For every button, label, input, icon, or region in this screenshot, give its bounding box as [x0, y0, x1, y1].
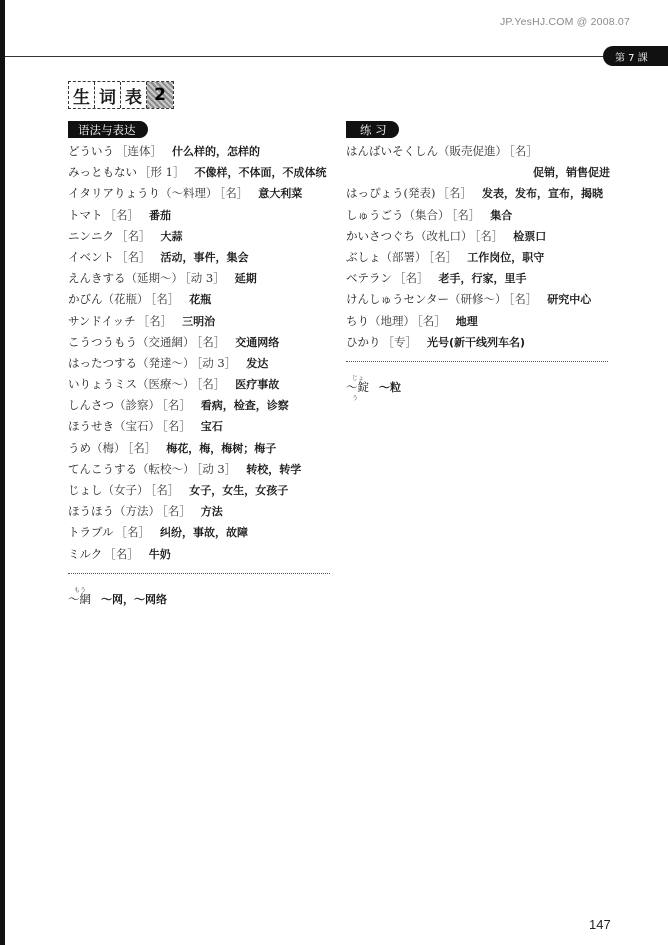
- title-char: 生: [69, 82, 95, 108]
- vocab-kanji: （方法）: [114, 504, 160, 518]
- vocab-entry: ベテラン［名］老手，行家，里手: [346, 268, 616, 289]
- vocab-kanji: （部署）: [381, 250, 427, 264]
- vocab-meaning: 集合: [490, 209, 512, 222]
- vocab-entry: えんきする（延期～）［动 3］延期: [68, 268, 338, 289]
- vocab-entry: てんこうする（転校～）［动 3］转校，转学: [68, 459, 338, 480]
- vocab-reading: しゅうごう: [346, 208, 404, 222]
- vocab-reading: トマト: [68, 208, 103, 222]
- vocab-part-of-speech: ［名］: [394, 271, 429, 285]
- dotted-divider: [346, 361, 608, 363]
- page-number: 147: [589, 917, 611, 932]
- vocab-part-of-speech: ［名］: [437, 186, 472, 200]
- practice-vocab-list: はんばいそくしん（販売促進）［名］促销，销售促进はっぴょう(発表)［名］发表，发…: [346, 141, 616, 398]
- vocab-meaning: 牛奶: [149, 548, 171, 561]
- vocab-meaning: 检票口: [513, 230, 546, 243]
- vocab-meaning: 什么样的，怎样的: [172, 145, 260, 158]
- vocab-meaning: 纠纷，事故，故障: [160, 526, 248, 539]
- vocab-reading: イベント: [68, 250, 114, 264]
- vocab-part-of-speech: ［名］: [116, 525, 151, 539]
- vocab-part-of-speech: ［名］: [104, 547, 139, 561]
- vocab-meaning: 交通网络: [235, 336, 279, 349]
- vocab-part-of-speech: ［动 3］: [185, 271, 225, 285]
- vocab-reading: ちり: [346, 314, 369, 328]
- vocab-part-of-speech: ［动 3］: [197, 356, 237, 370]
- vocab-reading: ぶしょ: [346, 250, 381, 264]
- vocab-reading: イタリアりょうり: [68, 186, 160, 200]
- vocab-entry: はっぴょう(発表)［名］发表，发布，宣布，揭晓: [346, 183, 616, 204]
- vocab-kanji: （改札口）: [415, 229, 473, 243]
- vocab-part-of-speech: ［名］: [105, 208, 140, 222]
- vocab-entry: 促销，销售促进: [346, 162, 616, 183]
- vocab-kanji: （宝石）: [114, 419, 160, 433]
- vocab-reading: ミルク: [68, 547, 102, 561]
- vocab-entry: ニンニク［名］大蒜: [68, 226, 338, 247]
- vocab-meaning: 方法: [201, 505, 223, 518]
- vocab-entry: ミルク［名］牛奶: [68, 544, 338, 565]
- vocab-meaning: 光号(新干线列车名): [427, 336, 525, 349]
- grammar-vocab-list: どういう［连体］什么样的，怎样的みっともない［形 1］不像样，不体面，不成体统イ…: [68, 141, 338, 610]
- vocab-reading: うめ: [68, 441, 91, 455]
- vocab-entry: みっともない［形 1］不像样，不体面，不成体统: [68, 162, 338, 183]
- vocab-part-of-speech: ［名］: [138, 314, 173, 328]
- vocab-entry: けんしゅうセンター（研修～）［名］研究中心: [346, 289, 616, 310]
- vocab-part-of-speech: ［名］: [162, 504, 191, 518]
- vocab-kanji: （花瓶）: [103, 292, 149, 306]
- section-label-grammar: 语法与表达: [68, 121, 148, 138]
- vocab-kanji: （女子）: [103, 483, 149, 497]
- vocab-reading: けんしゅうセンター: [346, 292, 449, 306]
- vocab-meaning: 番茄: [149, 209, 171, 222]
- vocab-reading: じょし: [68, 483, 103, 497]
- vocab-reading: こうつうもう: [68, 335, 137, 349]
- vocab-meaning: 梅花，梅，梅树；梅子: [166, 442, 276, 455]
- vocab-part-of-speech: ［名］: [151, 483, 180, 497]
- vocab-kanji: （転校～）: [137, 462, 195, 476]
- vocab-part-of-speech: ［专］: [383, 335, 418, 349]
- vocab-meaning: 看病，检查，诊察: [201, 399, 289, 412]
- vocab-reading: ほうほう: [68, 504, 114, 518]
- vocab-part-of-speech: ［形 1］: [139, 165, 184, 179]
- vocab-entry: しゅうごう（集合）［名］集合: [346, 205, 616, 226]
- vocab-reading: ニンニク: [68, 229, 114, 243]
- vocab-meaning: 活动，事件，集会: [161, 251, 249, 264]
- vocab-meaning: 转校，转学: [246, 463, 301, 476]
- vocab-part-of-speech: ［名］: [151, 292, 180, 306]
- vocab-entry: トマト［名］番茄: [68, 205, 338, 226]
- dotted-divider: [68, 573, 330, 575]
- vocab-reading: はっぴょう: [346, 186, 404, 200]
- vocab-meaning: 大蒜: [161, 230, 183, 243]
- vocab-meaning: 医疗事故: [235, 378, 279, 391]
- vocab-part-of-speech: ［名］: [475, 229, 504, 243]
- vocab-kanji: （研修～）: [449, 292, 507, 306]
- vocab-reading: どういう: [68, 144, 114, 158]
- vocab-entry: こうつうもう（交通網）［名］交通网络: [68, 332, 338, 353]
- vocab-reading: トラブル: [68, 525, 114, 539]
- vocab-kanji: （交通網）: [137, 335, 195, 349]
- vocab-kanji: （医療～）: [137, 377, 195, 391]
- vocab-entry: トラブル［名］纠纷，事故，故障: [68, 522, 338, 543]
- vocab-kanji: （販売促進）: [438, 144, 507, 158]
- vocab-meaning: 花瓶: [189, 293, 211, 306]
- vocab-part-of-speech: ［名］: [452, 208, 481, 222]
- vocab-meaning: 延期: [235, 272, 257, 285]
- vocab-reading: ひかり: [346, 335, 381, 349]
- vocab-reading: てんこうする: [68, 462, 137, 476]
- vocab-reading: えんきする: [68, 271, 126, 285]
- suffix-meaning: ～网，～网络: [101, 593, 167, 606]
- vocab-kanji: （～料理）: [160, 186, 218, 200]
- vocab-part-of-speech: ［名］: [162, 398, 191, 412]
- vocab-part-of-speech: ［动 3］: [197, 462, 237, 476]
- vocab-part-of-speech: ［名］: [128, 441, 157, 455]
- vocab-meaning: 不像样，不体面，不成体统: [194, 166, 326, 179]
- title-number: 2: [147, 82, 173, 108]
- vocab-meaning: 促销，销售促进: [533, 166, 610, 179]
- vocab-reading: かびん: [68, 292, 103, 306]
- vocab-reading: ベテラン: [346, 271, 392, 285]
- vocab-reading: いりょうミス: [68, 377, 137, 391]
- suffix-meaning: ～粒: [379, 381, 401, 394]
- lesson-tab: 第 7 課: [603, 46, 668, 66]
- vocab-entry: ちり（地理）［名］地理: [346, 311, 616, 332]
- vocab-meaning: 宝石: [201, 420, 223, 433]
- vocab-entry: サンドイッチ［名］三明治: [68, 311, 338, 332]
- vocab-meaning: 工作岗位，职守: [467, 251, 544, 264]
- vocab-entry: どういう［连体］什么样的，怎样的: [68, 141, 338, 162]
- title-char: 词: [95, 82, 121, 108]
- vocab-reading: ほうせき: [68, 419, 114, 433]
- vocab-entry: イベント［名］活动，事件，集会: [68, 247, 338, 268]
- vocab-reading: みっともない: [68, 165, 137, 179]
- vocab-kanji: （集合）: [404, 208, 450, 222]
- header-rule: [5, 56, 605, 57]
- vocab-entry: ほうほう（方法）［名］方法: [68, 501, 338, 522]
- title-char: 表: [121, 82, 147, 108]
- vocab-part-of-speech: ［名］: [116, 229, 151, 243]
- vocab-reading: はんばいそくしん: [346, 144, 438, 158]
- vocab-entry: ひかり［专］光号(新干线列车名): [346, 332, 616, 353]
- vocab-meaning: 老手，行家，里手: [439, 272, 527, 285]
- vocab-part-of-speech: ［名］: [116, 250, 151, 264]
- vocab-entry: はったつする（発達～）［动 3］发达: [68, 353, 338, 374]
- suffix-entry: もう～網～网，～网络: [68, 585, 338, 610]
- vocab-meaning: 三明治: [182, 315, 215, 328]
- vocab-part-of-speech: ［名］: [417, 314, 446, 328]
- vocab-kanji: （地理）: [369, 314, 415, 328]
- vocab-reading: かいさつぐち: [346, 229, 415, 243]
- vocab-meaning: 意大利菜: [258, 187, 302, 200]
- suffix-entry: じょう～錠～粒: [346, 373, 616, 398]
- vocab-entry: かいさつぐち（改札口）［名］检票口: [346, 226, 616, 247]
- vocab-entry: はんばいそくしん（販売促進）［名］: [346, 141, 616, 162]
- page-edge-shadow: [0, 0, 5, 945]
- vocab-meaning: 研究中心: [547, 293, 591, 306]
- suffix-ruby: じょう: [352, 369, 369, 409]
- vocab-part-of-speech: ［名］: [220, 186, 249, 200]
- vocab-reading: はったつする: [68, 356, 137, 370]
- vocab-kanji: （診察）: [114, 398, 160, 412]
- vocab-entry: ほうせき（宝石）［名］宝石: [68, 416, 338, 437]
- vocab-kanji: （発達～）: [137, 356, 195, 370]
- vocab-part-of-speech: ［名］: [509, 292, 538, 306]
- vocab-kanji: （梅）: [91, 441, 126, 455]
- vocab-reading: しんさつ: [68, 398, 114, 412]
- vocab-part-of-speech: ［名］: [429, 250, 458, 264]
- vocab-meaning: 发表，发布，宣布，揭晓: [482, 187, 603, 200]
- section-label-practice: 练 习: [346, 121, 399, 138]
- vocab-entry: うめ（梅）［名］梅花，梅，梅树；梅子: [68, 438, 338, 459]
- vocab-entry: いりょうミス（医療～）［名］医疗事故: [68, 374, 338, 395]
- vocab-part-of-speech: ［名］: [162, 419, 191, 433]
- vocab-part-of-speech: ［名］: [197, 377, 226, 391]
- vocab-entry: しんさつ（診察）［名］看病，检查，诊察: [68, 395, 338, 416]
- vocab-part-of-speech: ［名］: [197, 335, 226, 349]
- suffix-ruby: もう: [74, 581, 86, 601]
- vocab-kanji: （延期～）: [126, 271, 184, 285]
- watermark: JP.YesHJ.COM @ 2008.07: [500, 16, 630, 28]
- vocab-meaning: 地理: [456, 315, 478, 328]
- vocab-meaning: 发达: [246, 357, 268, 370]
- vocab-kanji: (発表): [404, 186, 436, 200]
- vocab-entry: イタリアりょうり（～料理）［名］意大利菜: [68, 183, 338, 204]
- vocab-reading: サンドイッチ: [68, 314, 136, 328]
- vocab-part-of-speech: ［名］: [509, 144, 538, 158]
- page-title: 生 词 表 2: [68, 81, 174, 109]
- vocab-entry: ぶしょ（部署）［名］工作岗位，职守: [346, 247, 616, 268]
- vocab-entry: じょし（女子）［名］女子，女生，女孩子: [68, 480, 338, 501]
- vocab-entry: かびん（花瓶）［名］花瓶: [68, 289, 338, 310]
- vocab-meaning: 女子，女生，女孩子: [189, 484, 288, 497]
- vocab-part-of-speech: ［连体］: [116, 144, 162, 158]
